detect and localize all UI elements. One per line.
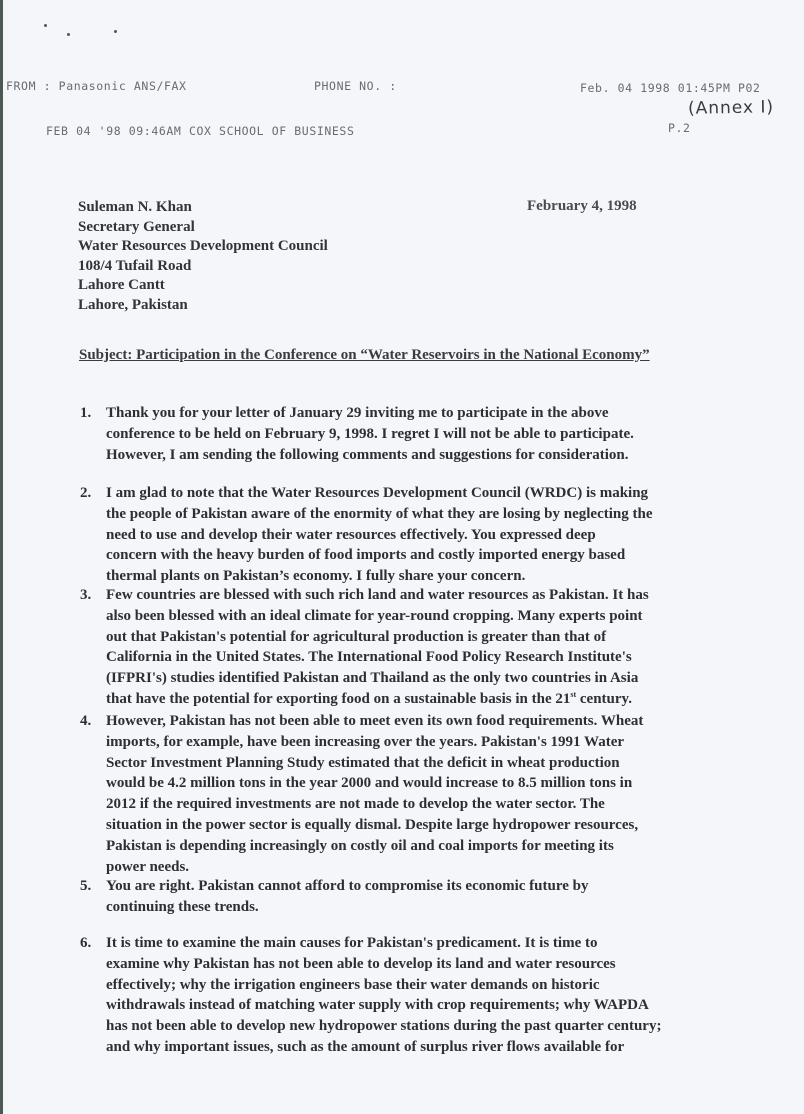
paragraph-line: (IFPRI's) studies identified Pakistan an… (106, 668, 690, 689)
paragraph-number: 2. (80, 483, 104, 504)
paragraph-number: 5. (80, 876, 104, 897)
paragraph-line: concern with the heavy burden of food im… (106, 545, 690, 566)
paragraph-2: 2. I am glad to note that the Water Reso… (80, 483, 690, 587)
paragraph-3: 3. Few countries are blessed with such r… (80, 585, 690, 710)
recipient-title: Secretary General (78, 218, 328, 238)
recipient-area: Lahore Cantt (78, 276, 328, 296)
paragraph-line: the people of Pakistan aware of the enor… (106, 504, 690, 525)
paragraph-line: effectively; why the irrigation engineer… (106, 975, 690, 996)
paragraph-4: 4. However, Pakistan has not been able t… (80, 711, 690, 877)
paragraph-line: and why important issues, such as the am… (106, 1037, 690, 1058)
letter-date: February 4, 1998 (527, 198, 637, 215)
handwritten-annex-note: (Annex I) (688, 97, 774, 118)
paragraph-line: imports, for example, have been increasi… (106, 732, 690, 753)
paragraph-number: 3. (80, 585, 104, 606)
paragraph-1: 1. Thank you for your letter of January … (80, 403, 690, 465)
paragraph-line: It is time to examine the main causes fo… (106, 933, 690, 954)
fax-second-header: FEB 04 '98 09:46AM COX SCHOOL OF BUSINES… (46, 124, 354, 138)
recipient-city: Lahore, Pakistan (78, 296, 328, 316)
paragraph-line: You are right. Pakistan cannot afford to… (106, 876, 690, 897)
fax-timestamp: Feb. 04 1998 01:45PM P02 (580, 81, 761, 95)
paragraph-line: Sector Investment Planning Study estimat… (106, 753, 690, 774)
scan-speck (67, 33, 70, 36)
paragraph-line: 2012 if the required investments are not… (106, 794, 690, 815)
paragraph-line: power needs. (106, 857, 690, 878)
paragraph-number: 4. (80, 711, 104, 732)
paragraph-line: out that Pakistan's potential for agricu… (106, 627, 690, 648)
paragraph-line-with-superscript: that have the potential for exporting fo… (106, 689, 690, 710)
scan-page-edge (0, 0, 3, 1114)
paragraph-line: thermal plants on Pakistan’s economy. I … (106, 566, 690, 587)
paragraph-line: examine why Pakistan has not been able t… (106, 954, 690, 975)
paragraph-line: need to use and develop their water reso… (106, 525, 690, 546)
paragraph-line: Thank you for your letter of January 29 … (106, 403, 690, 424)
recipient-organization: Water Resources Development Council (78, 237, 328, 257)
recipient-street: 108/4 Tufail Road (78, 257, 328, 277)
paragraph-line: also been blessed with an ideal climate … (106, 606, 690, 627)
paragraph-line: withdrawals instead of matching water su… (106, 995, 690, 1016)
paragraph-5: 5. You are right. Pakistan cannot afford… (80, 876, 690, 918)
paragraph-line: Few countries are blessed with such rich… (106, 585, 690, 606)
paragraph-line: continuing these trends. (106, 897, 690, 918)
paragraph-line: has not been able to develop new hydropo… (106, 1016, 690, 1037)
paragraph-number: 6. (80, 933, 104, 954)
recipient-address: Suleman N. Khan Secretary General Water … (78, 198, 328, 315)
paragraph-line: California in the United States. The Int… (106, 647, 690, 668)
paragraph-line: However, I am sending the following comm… (106, 445, 690, 466)
recipient-name: Suleman N. Khan (78, 198, 328, 218)
paragraph-line: conference to be held on February 9, 199… (106, 424, 690, 445)
fax-page-number: P.2 (668, 121, 691, 135)
paragraph-number: 1. (80, 403, 104, 424)
paragraph-6: 6. It is time to examine the main causes… (80, 933, 690, 1058)
paragraph-line: I am glad to note that the Water Resourc… (106, 483, 690, 504)
paragraph-line: Pakistan is depending increasingly on co… (106, 836, 690, 857)
letter-subject: Subject: Participation in the Conference… (79, 347, 650, 364)
scan-speck (44, 24, 47, 27)
paragraph-line: However, Pakistan has not been able to m… (106, 711, 690, 732)
scan-speck (114, 30, 117, 33)
paragraph-line: situation in the power sector is equally… (106, 815, 690, 836)
fax-from-line: FROM : Panasonic ANS/FAX (6, 79, 187, 93)
fax-phone-label: PHONE NO. : (314, 79, 397, 93)
paragraph-line: would be 4.2 million tons in the year 20… (106, 773, 690, 794)
